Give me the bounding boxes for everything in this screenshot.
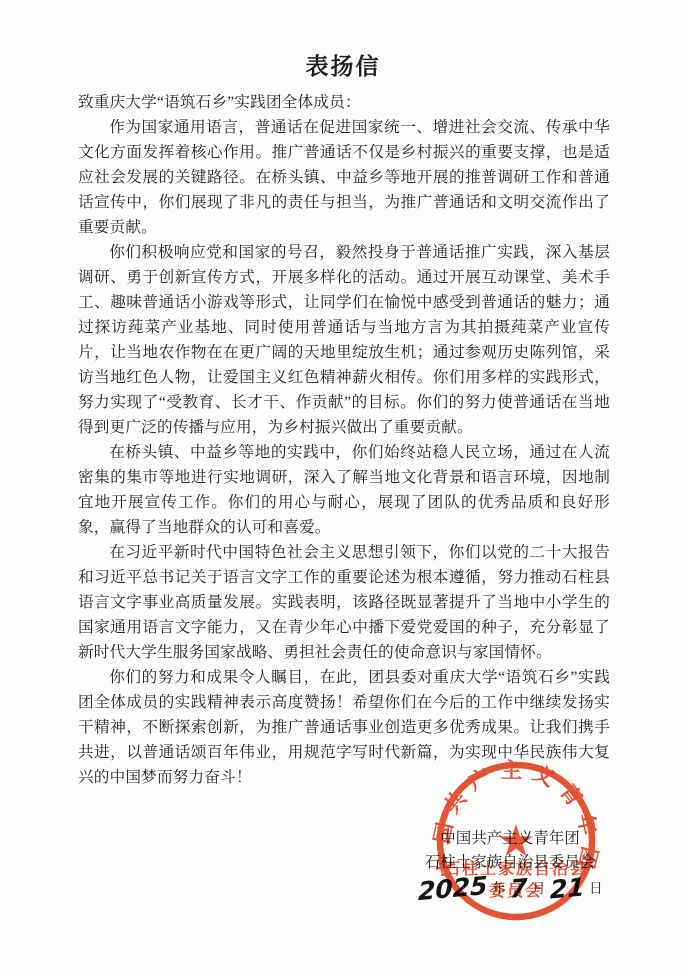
letter-title: 表扬信 [0,48,686,81]
body-paragraph: 在习近平新时代中国特色社会主义思想引领下，你们以党的二十大报告和习近平总书记关于… [78,540,610,665]
signature-org-line2: 石柱土家族自治县委员会 [404,851,616,875]
commendation-letter-page: 表扬信 致重庆大学“语筑石乡”实践团全体成员： 作为国家通用语言，普通话在促进国… [0,0,686,969]
letter-body: 致重庆大学“语筑石乡”实践团全体成员： 作为国家通用语言，普通话在促进国家统一、… [78,90,610,790]
body-paragraph: 作为国家通用语言，普通话在促进国家统一、增进社会交流、传承中华文化方面发挥着核心… [78,115,610,240]
body-paragraph: 在桥头镇、中益乡等地的实践中，你们始终站稳人民立场，通过在人流密集的集市等地进行… [78,440,610,540]
salutation-line: 致重庆大学“语筑石乡”实践团全体成员： [78,90,610,115]
body-paragraph: 你们积极响应党和国家的号召，毅然投身于普通话推广实践，深入基层调研、勇于创新宣传… [78,240,610,440]
signature-date-line: 2025 年 7 月 21 日 [404,876,616,902]
date-day-handwritten: 21 [550,874,585,902]
signature-block: 中国共产主义青年团 石柱土家族自治县委员会 2025 年 7 月 21 日 [404,827,616,902]
date-year-label: 年 [492,881,506,896]
date-month-label: 月 [532,881,546,896]
date-day-label: 日 [589,881,603,896]
body-paragraph: 你们的努力和成果令人瞩目，在此，团县委对重庆大学“语筑石乡”实践团全体成员的实践… [78,665,610,790]
date-year-handwritten: 2025 [418,873,488,904]
signature-org-line1: 中国共产主义青年团 [404,827,616,851]
date-month-handwritten: 7 [510,875,528,902]
